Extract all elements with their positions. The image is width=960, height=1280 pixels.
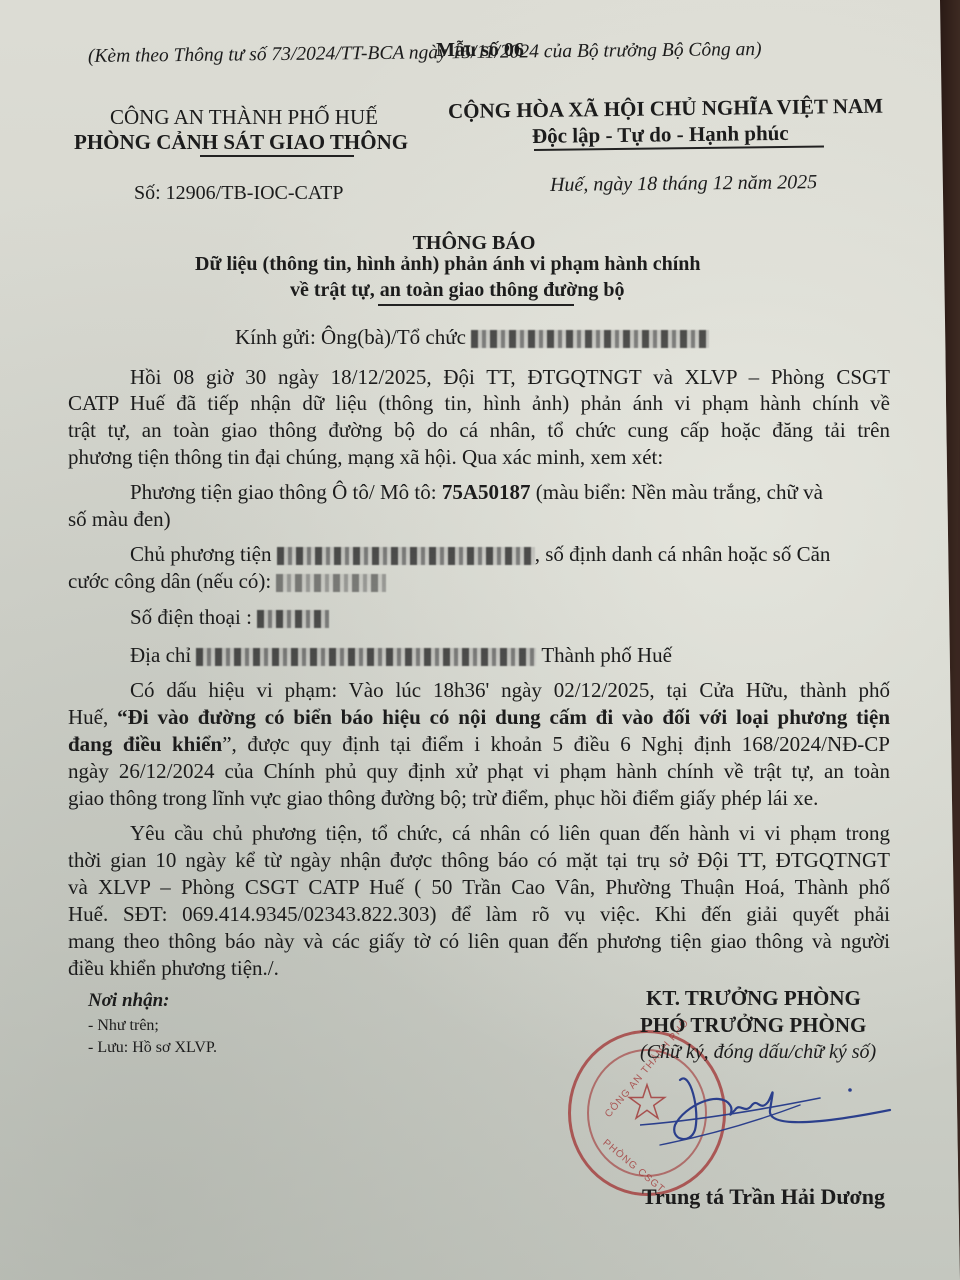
paragraph1-line1: Hồi 08 giờ 30 ngày 18/12/2025, Đội TT, Đ… <box>130 367 890 388</box>
address-line: Địa chỉ Thành phố Huế <box>130 645 672 666</box>
request-line1: Yêu cầu chủ phương tiện, tổ chức, cá nhâ… <box>130 823 890 844</box>
request-line5: mang theo thông báo này và các giấy tờ c… <box>68 931 890 952</box>
document-title: THÔNG BÁO <box>0 233 948 253</box>
owner-label: Chủ phương tiện <box>130 542 271 566</box>
recipients-item-1: - Như trên; <box>88 1018 159 1034</box>
request-line2: thời gian 10 ngày kể từ ngày nhận được t… <box>68 850 890 871</box>
phone-redacted <box>257 610 329 628</box>
document-number: Số: 12906/TB-IOC-CATP <box>134 183 343 203</box>
paragraph1-line3: trật tự, an toàn giao thông đường bộ do … <box>68 420 890 441</box>
signer-name: Trung tá Trần Hải Dương <box>642 1186 885 1208</box>
owner-after-name: , số định danh cá nhân hoặc số Căn <box>535 542 831 566</box>
violation-description: “Đi vào đường có biển báo hiệu có nội du… <box>117 705 890 729</box>
request-line6: điều khiển phương tiện./. <box>68 958 890 979</box>
paragraph1-line2: CATP Huế đã tiếp nhận dữ liệu (thông tin… <box>68 393 890 414</box>
agency-underline <box>200 155 354 157</box>
address-redacted <box>196 648 536 666</box>
violation-legal-basis: ”, được quy định tại điểm i khoản 5 điều… <box>222 732 890 756</box>
phone-line: Số điện thoại : <box>130 607 329 628</box>
agency-name: PHÒNG CẢNH SÁT GIAO THÔNG <box>74 132 408 153</box>
document-subtitle-2: về trật tự, an toàn giao thông đường bộ <box>290 280 625 300</box>
violation-description-end: đang điều khiển <box>68 732 222 756</box>
violation-line2: Huế, “Đi vào đường có biển báo hiệu có n… <box>68 707 890 728</box>
handwritten-signature <box>640 1050 930 1170</box>
vehicle-suffix: (màu biển: Nền màu trắng, chữ và <box>531 480 823 504</box>
violation-line3: đang điều khiển”, được quy định tại điểm… <box>68 734 890 755</box>
national-motto: Độc lập - Tự do - Hạnh phúc <box>532 123 789 147</box>
place-date: Huế, ngày 18 tháng 12 năm 2025 <box>550 172 817 195</box>
request-line4: Huế. SĐT: 069.414.9345/02343.822.303) để… <box>68 904 890 925</box>
address-suffix: Thành phố Huế <box>541 643 672 667</box>
owner-line: Chủ phương tiện , số định danh cá nhân h… <box>130 544 830 565</box>
owner-id-redacted <box>276 574 386 592</box>
agency-parent: CÔNG AN THÀNH PHỐ HUẾ <box>110 107 378 128</box>
violation-line4: ngày 26/12/2024 của Chính phủ quy định x… <box>68 761 890 782</box>
paragraph1-line4: phương tiện thông tin đại chúng, mạng xã… <box>68 447 890 468</box>
recipients-heading: Nơi nhận: <box>88 991 169 1010</box>
country-name: CỘNG HÒA XÃ HỘI CHỦ NGHĨA VIỆT NAM <box>448 96 883 122</box>
vehicle-prefix: Phương tiện giao thông Ô tô/ Mô tô: <box>130 480 442 504</box>
signature-title-2: PHÓ TRƯỞNG PHÒNG <box>640 1015 866 1036</box>
request-line3: và XLVP – Phòng CSGT CATP Huế ( 50 Trần … <box>68 877 890 898</box>
subtitle-underline <box>378 304 574 306</box>
address-label: Địa chỉ <box>130 643 191 667</box>
vehicle-line: Phương tiện giao thông Ô tô/ Mô tô: 75A5… <box>130 482 823 503</box>
violation-line5: giao thông trong lĩnh vực giao thông đườ… <box>68 788 890 809</box>
vehicle-line2: số màu đen) <box>68 509 171 530</box>
owner-id-line: cước công dân (nếu có): <box>68 571 386 592</box>
recipient-line: Kính gửi: Ông(bà)/Tổ chức <box>235 327 709 348</box>
phone-label: Số điện thoại : <box>130 605 252 629</box>
owner-name-redacted <box>277 547 535 565</box>
recipient-name-redacted <box>471 330 709 348</box>
recipients-item-2: - Lưu: Hồ sơ XLVP. <box>88 1040 217 1056</box>
owner-id-label: cước công dân (nếu có): <box>68 569 271 593</box>
violation-place: Huế, <box>68 705 117 729</box>
document-subtitle-1: Dữ liệu (thông tin, hình ảnh) phản ánh v… <box>195 254 701 274</box>
license-plate: 75A50187 <box>442 480 531 504</box>
recipient-label: Kính gửi: Ông(bà)/Tổ chức <box>235 325 466 349</box>
signature-title-1: KT. TRƯỞNG PHÒNG <box>646 988 861 1009</box>
violation-line1: Có dấu hiệu vi phạm: Vào lúc 18h36' ngày… <box>130 680 890 701</box>
